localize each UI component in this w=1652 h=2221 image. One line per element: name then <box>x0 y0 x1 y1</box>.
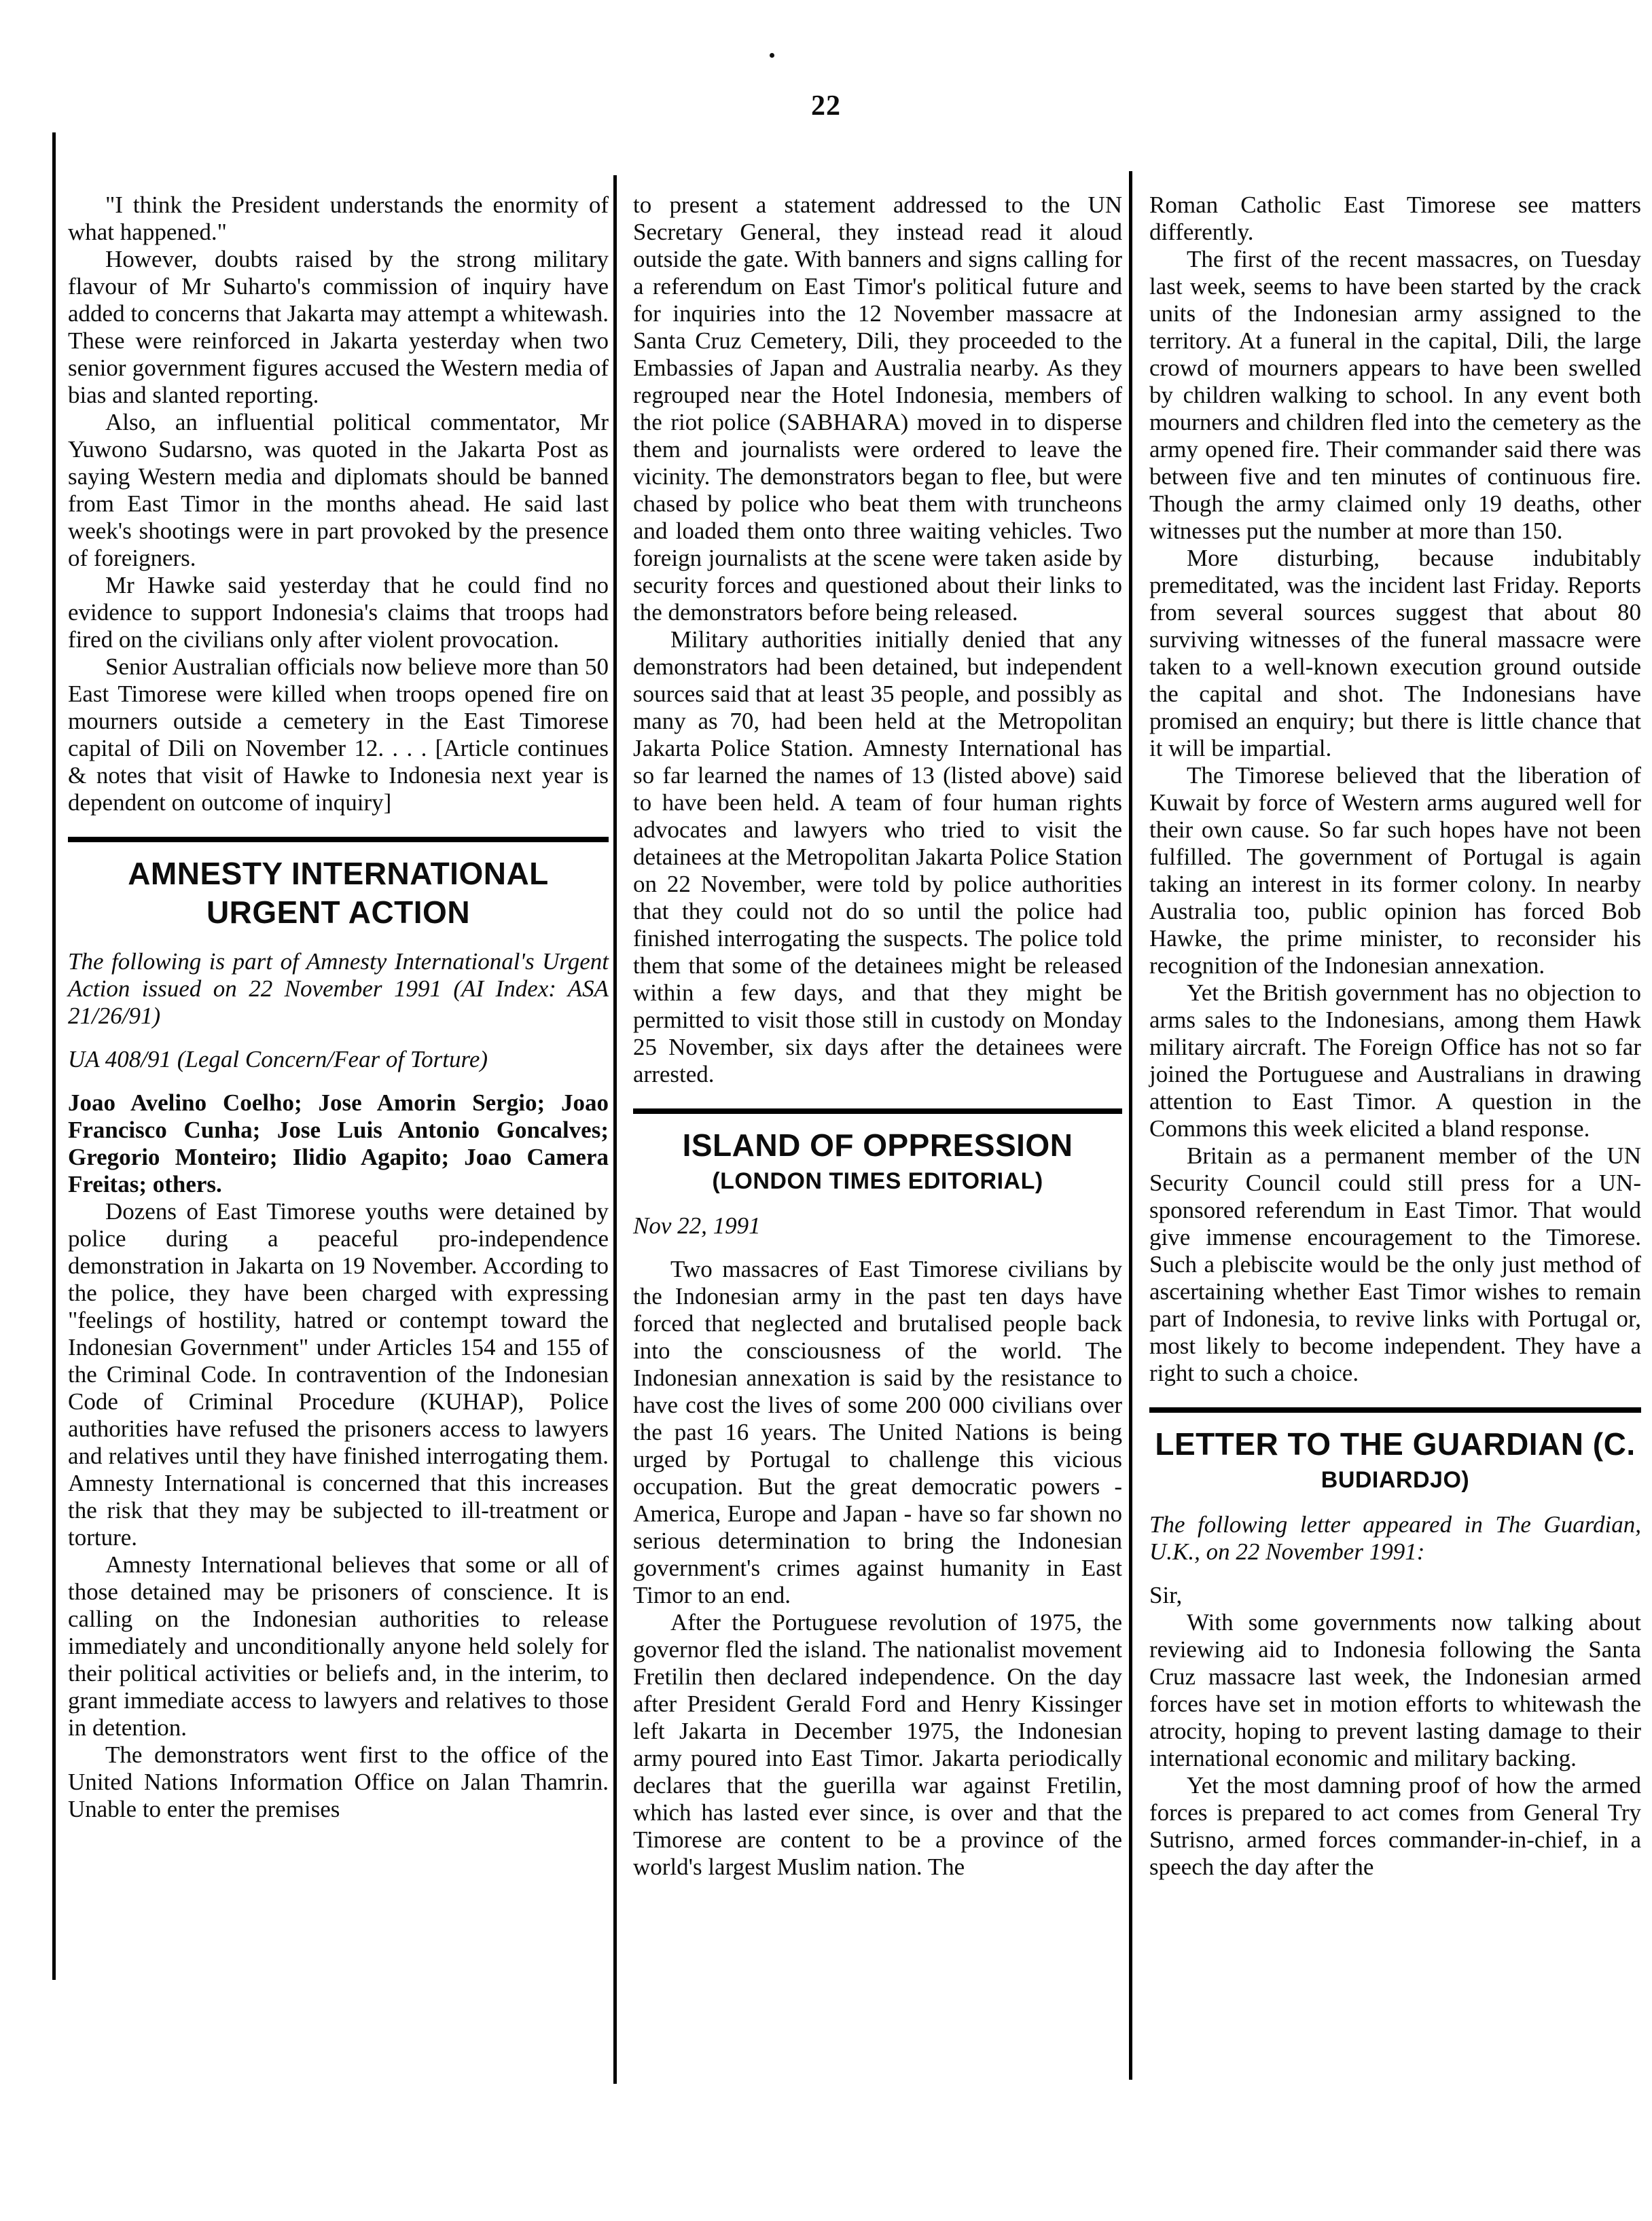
page-number: 22 <box>0 90 1652 122</box>
paragraph: After the Portuguese revolution of 1975,… <box>633 1609 1122 1881</box>
paragraph: The Timorese believed that the liberatio… <box>1149 762 1641 979</box>
paragraph: Yet the British government has no object… <box>1149 979 1641 1142</box>
section-subheading: BUDIARDJO) <box>1149 1465 1641 1495</box>
section-rule <box>1149 1407 1641 1413</box>
paragraph: The first of the recent massacres, on Tu… <box>1149 246 1641 545</box>
meta-italic-paragraph: Nov 22, 1991 <box>633 1212 1122 1240</box>
paragraph: More disturbing, because indubitably pre… <box>1149 545 1641 762</box>
paragraph: Two massacres of East Timorese civilians… <box>633 1256 1122 1609</box>
section-heading: AMNESTY INTERNATIONALURGENT ACTION <box>68 854 609 932</box>
column-divider-1 <box>613 175 617 2084</box>
paragraph: Yet the most damning proof of how the ar… <box>1149 1772 1641 1881</box>
meta-italic-paragraph: The following letter appeared in The Gua… <box>1149 1511 1641 1566</box>
paragraph: Roman Catholic East Timorese see matters… <box>1149 192 1641 246</box>
names-paragraph: Joao Avelino Coelho; Jose Amorin Sergio;… <box>68 1089 609 1198</box>
section-heading-line: ISLAND OF OPPRESSION <box>633 1126 1122 1165</box>
column-divider-2 <box>1129 171 1132 2080</box>
left-margin-rule <box>52 132 56 1980</box>
section-rule <box>68 837 609 842</box>
meta-italic-paragraph: The following is part of Amnesty Interna… <box>68 948 609 1030</box>
section-heading-line: LETTER TO THE GUARDIAN (C. <box>1149 1425 1641 1464</box>
paragraph: Also, an influential political commentat… <box>68 409 609 572</box>
column-3: Roman Catholic East Timorese see matters… <box>1149 192 1641 1881</box>
column-2: to present a statement addressed to the … <box>633 192 1122 1881</box>
paragraph: However, doubts raised by the strong mil… <box>68 246 609 409</box>
paragraph: Amnesty International believes that some… <box>68 1551 609 1741</box>
paragraph: Sir, <box>1149 1582 1641 1609</box>
paragraph: The demonstrators went first to the offi… <box>68 1741 609 1823</box>
section-heading: ISLAND OF OPPRESSION <box>633 1126 1122 1165</box>
section-heading: LETTER TO THE GUARDIAN (C. <box>1149 1425 1641 1464</box>
paragraph: Britain as a permanent member of the UN … <box>1149 1142 1641 1387</box>
paragraph: to present a statement addressed to the … <box>633 192 1122 626</box>
meta-italic-paragraph: UA 408/91 (Legal Concern/Fear of Torture… <box>68 1046 609 1073</box>
scanned-document-page: 22 "I think the President understands th… <box>0 0 1652 2221</box>
paragraph: "I think the President understands the e… <box>68 192 609 246</box>
section-heading-line: URGENT ACTION <box>68 893 609 932</box>
paragraph: Dozens of East Timorese youths were deta… <box>68 1198 609 1551</box>
paragraph: Senior Australian officials now believe … <box>68 653 609 816</box>
section-subheading: (LONDON TIMES EDITORIAL) <box>633 1166 1122 1196</box>
scan-speck <box>770 53 774 58</box>
column-1: "I think the President understands the e… <box>68 192 609 1823</box>
paragraph: Mr Hawke said yesterday that he could fi… <box>68 572 609 653</box>
paragraph: Military authorities initially denied th… <box>633 626 1122 1088</box>
section-rule <box>633 1108 1122 1114</box>
section-heading-line: AMNESTY INTERNATIONAL <box>68 854 609 893</box>
paragraph: With some governments now talking about … <box>1149 1609 1641 1772</box>
